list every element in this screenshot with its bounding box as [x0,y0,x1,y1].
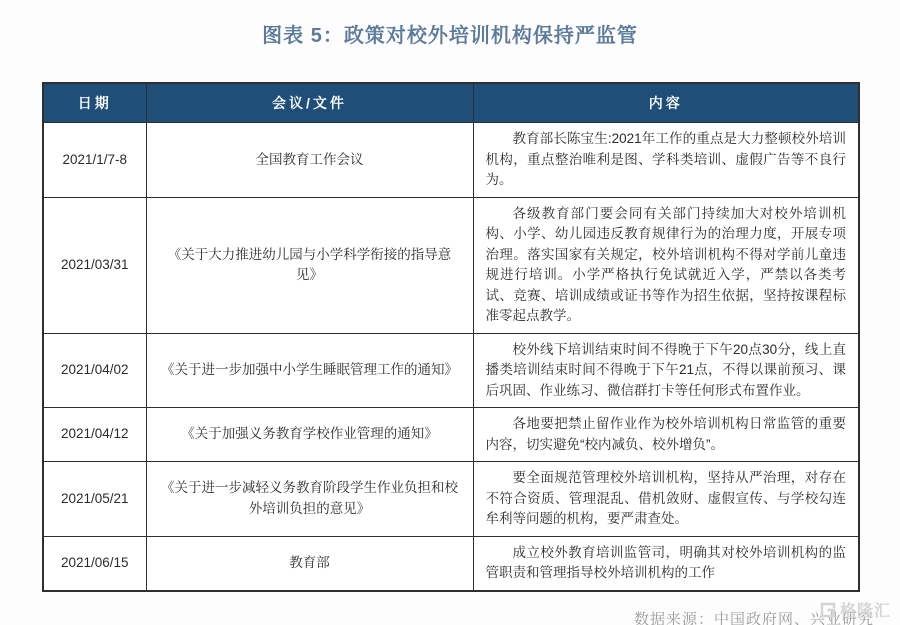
header-date: 日期 [43,83,146,123]
table-row: 2021/1/7-8全国教育工作会议教育部长陈宝生:2021年工作的重点是大力整… [43,123,859,198]
policy-table: 日期 会议/文件 内容 2021/1/7-8全国教育工作会议教育部长陈宝生:20… [42,82,860,592]
document-cell: 教育部 [146,536,473,591]
date-cell: 2021/1/7-8 [43,123,146,198]
document-cell: 《关于大力推进幼儿园与小学科学衔接的指导意见》 [146,197,473,333]
document-cell: 《关于加强义务教育学校作业管理的通知》 [146,408,473,462]
content-cell: 校外线下培训结束时间不得晚于下午20点30分，线上直播类培训结束时间不得晚于下午… [473,333,859,408]
document-cell: 全国教育工作会议 [146,123,473,198]
report-figure: 图表 5：政策对校外培训机构保持严监管 日期 会议/文件 内容 2021/1/7… [0,0,900,625]
date-cell: 2021/04/02 [43,333,146,408]
policy-table-body: 2021/1/7-8全国教育工作会议教育部长陈宝生:2021年工作的重点是大力整… [43,123,859,591]
content-cell: 成立校外教育培训监管司，明确其对校外培训机构的监管职责和管理指导校外培训机构的工… [473,536,859,591]
table-header-row: 日期 会议/文件 内容 [43,83,859,123]
table-row: 2021/03/31《关于大力推进幼儿园与小学科学衔接的指导意见》各级教育部门要… [43,197,859,333]
header-content: 内容 [473,83,859,123]
table-header: 日期 会议/文件 内容 [43,83,859,123]
date-cell: 2021/06/15 [43,536,146,591]
table-row: 2021/04/12《关于加强义务教育学校作业管理的通知》各地要把禁止留作业作为… [43,408,859,462]
date-cell: 2021/03/31 [43,197,146,333]
gelonghui-logo-watermark: 格隆汇 [819,598,891,621]
data-source: 数据来源：中国政府网、兴业研究 [0,608,874,625]
date-cell: 2021/04/12 [43,408,146,462]
content-cell: 教育部长陈宝生:2021年工作的重点是大力整顿校外培训机构，重点整治唯利是图、学… [473,123,859,198]
table-row: 2021/05/21《关于进一步减轻义务教育阶段学生作业负担和校外培训负担的意见… [43,462,859,537]
gelonghui-g-icon [819,601,837,619]
date-cell: 2021/05/21 [43,462,146,537]
table-row: 2021/04/02《关于进一步加强中小学生睡眠管理工作的通知》校外线下培训结束… [43,333,859,408]
document-cell: 《关于进一步减轻义务教育阶段学生作业负担和校外培训负担的意见》 [146,462,473,537]
table-row: 2021/06/15教育部成立校外教育培训监管司，明确其对校外培训机构的监管职责… [43,536,859,591]
content-cell: 各地要把禁止留作业作为校外培训机构日常监管的重要内容，切实避免“校内减负、校外增… [473,408,859,462]
document-cell: 《关于进一步加强中小学生睡眠管理工作的通知》 [146,333,473,408]
content-cell: 各级教育部门要会同有关部门持续加大对校外培训机构、小学、幼儿园违反教育规律行为的… [473,197,859,333]
content-cell: 要全面规范管理校外培训机构，坚持从严治理，对存在不符合资质、管理混乱、借机敛财、… [473,462,859,537]
figure-title: 图表 5：政策对校外培训机构保持严监管 [0,0,900,48]
gelonghui-logo-text: 格隆汇 [840,598,891,621]
header-meeting-document: 会议/文件 [146,83,473,123]
